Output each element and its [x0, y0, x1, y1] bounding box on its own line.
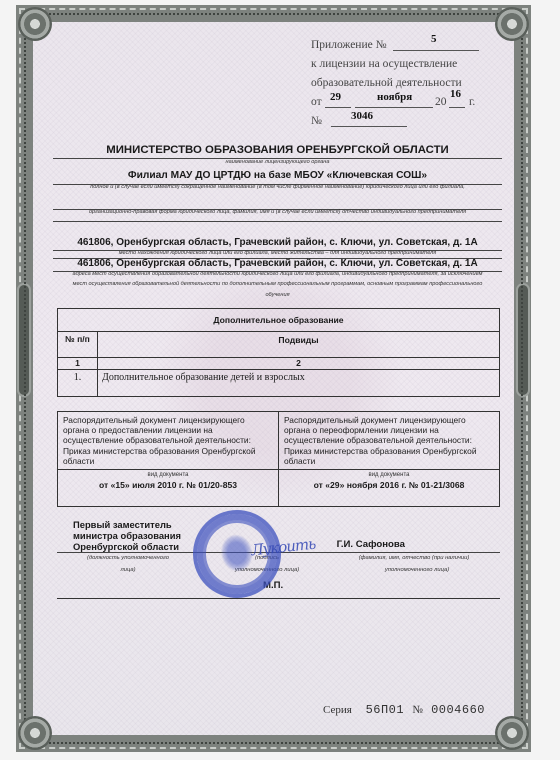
education-table: Дополнительное образование № п/п Подвиды…: [57, 308, 500, 397]
year-prefix: 20: [435, 93, 447, 112]
grant-document-text: Распорядительный документ лицензирующего…: [58, 412, 278, 470]
row-subtype: Дополнительное образование детей и взрос…: [98, 370, 499, 396]
activity-caption2: мест осуществления образовательной деяте…: [53, 281, 502, 287]
organization-name: Филиал МАУ ДО ЦРТДЮ на базе МБОУ «Ключев…: [53, 170, 502, 181]
series-label: Серия: [323, 704, 352, 716]
organization-caption1: полное и (в случае если имеется) сокраще…: [53, 184, 502, 190]
number-sign: №: [412, 704, 423, 716]
from-label: от: [311, 96, 322, 108]
organization-caption2: организационно-правовая форма юридическо…: [53, 209, 502, 215]
signatory-position: Первый заместитель министра образования …: [73, 519, 213, 552]
month-value: ноября: [377, 88, 412, 107]
col1-index: 1: [58, 358, 98, 369]
reissue-document-value: от «29» ноября 2016 г. № 01-21/3068: [279, 479, 499, 491]
corner-ornament-icon: [18, 7, 52, 41]
reg-number: 3046: [351, 107, 373, 126]
corner-ornament-icon: [495, 716, 529, 750]
form-number: 0004660: [431, 703, 485, 717]
activity-caption3: обучения: [53, 292, 502, 298]
series-value: 56П01: [366, 703, 405, 717]
appendix-line2: к лицензии на осуществление: [311, 55, 501, 74]
corner-ornament-icon: [18, 716, 52, 750]
appendix-header: Приложение № 5 к лицензии на осуществлен…: [311, 36, 501, 131]
reissue-document-text: Распорядительный документ лицензирующего…: [279, 412, 499, 470]
position-caption1: (должность уполномоченного: [73, 552, 183, 564]
signatory-name: Г.И. Сафонова: [337, 539, 405, 550]
grant-document-type-label: вид документа: [58, 472, 278, 479]
position-caption2: лица): [103, 564, 153, 576]
side-ornament-icon: [19, 285, 29, 395]
year-suffix: 16: [450, 85, 461, 104]
corner-ornament-icon: [495, 7, 529, 41]
year-end: г.: [469, 93, 475, 112]
license-documents: Распорядительный документ лицензирующего…: [57, 411, 500, 507]
form-series: Серия 56П01 № 0004660: [323, 703, 485, 717]
table-title: Дополнительное образование: [213, 315, 343, 325]
licensing-body-caption: наименование лицензирующего органа: [53, 159, 502, 165]
reissue-document-type-label: вид документа: [279, 472, 499, 479]
table-row: 1. Дополнительное образование детей и вз…: [58, 369, 499, 396]
location-address: 461806, Оренбургская область, Грачевский…: [53, 237, 502, 248]
grant-document: Распорядительный документ лицензирующего…: [58, 412, 278, 506]
side-ornament-icon: [518, 285, 528, 395]
col-number-header: № п/п: [58, 332, 98, 357]
licensing-body-name: МИНИСТЕРСТВО ОБРАЗОВАНИЯ ОРЕНБУРГСКОЙ ОБ…: [53, 144, 502, 156]
day-value: 29: [330, 88, 341, 107]
activity-caption1: адреса мест осуществления образовательно…: [53, 271, 502, 277]
appendix-label: Приложение №: [311, 39, 387, 51]
reg-label: №: [311, 115, 322, 127]
row-number: 1.: [58, 370, 98, 396]
license-form-frame: Приложение № 5 к лицензии на осуществлен…: [16, 5, 531, 752]
col-subtypes-header: Подвиды: [98, 332, 499, 357]
document-paper: Приложение № 5 к лицензии на осуществлен…: [33, 22, 514, 735]
appendix-number: 5: [431, 30, 437, 49]
grant-document-value: от «15» июля 2010 г. № 01/20-853: [58, 479, 278, 491]
name-caption2: уполномоченного лица): [357, 564, 477, 576]
activity-address: 461806, Оренбургская область, Грачевский…: [53, 258, 502, 269]
location-caption: место нахождения юридического лица или е…: [53, 250, 502, 256]
col2-index: 2: [98, 358, 499, 369]
name-caption1: (фамилия, имя, отчество (при наличии): [339, 552, 489, 564]
reissue-document: Распорядительный документ лицензирующего…: [278, 412, 499, 506]
